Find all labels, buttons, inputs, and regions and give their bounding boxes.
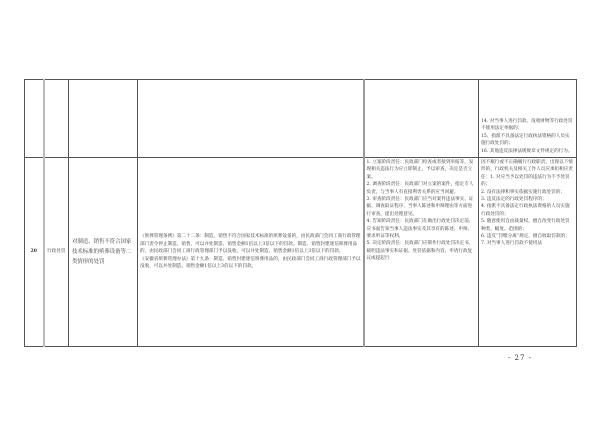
row-item-name: 对制造、销售不符合国家技术标准的殡葬设备等二类情形的处罚 bbox=[69, 158, 138, 347]
page-number: - 27 - bbox=[500, 354, 540, 362]
liability-item: 4. 指派不具备法定行政执法资格的人员实施行政处罚的； bbox=[481, 203, 574, 218]
liability-item: 因不履行或不正确履行行政职责，出现以下情形的，行政机关及相关工作人员应承担相应责… bbox=[481, 159, 574, 189]
row-responsibilities: 1. 立案阶段责任：民政部门检查或者接到举报等，发现相关违法行为应立即制止，予以… bbox=[364, 158, 479, 347]
liability-item: 5. 随意使用自由裁量权，擅自改变行政处罚种类、幅度、范围的； bbox=[481, 218, 574, 233]
table-row-continuation: 14. 对当事人进行罚款、没收财物等行政处罚不使用法定单据的； 15、指派不具备… bbox=[25, 80, 577, 158]
legal-basis-paragraph: 《殡葬管理条例》第二十二条：制造、销售不符合国家技术标准的殡葬设备的，由民政部门… bbox=[140, 233, 361, 255]
liability-line: 15、指派不具备法定行政执法资格的人员实施行政处罚的； bbox=[481, 133, 574, 148]
responsibility-item: 4. 告知阶段责任：民政部门在做出行政处罚决定前，应书面告知当事人违法事实及其享… bbox=[367, 218, 477, 240]
legal-basis-paragraph: 《安徽省殡葬管理办法》第十九条：制造、销售封建迷信殡葬用品的，由民政部门会同工商… bbox=[140, 256, 361, 271]
liability-line: 16. 其他违反法律法规规章文件规定的行为。 bbox=[481, 148, 574, 155]
row-category: 行政处罚 bbox=[44, 158, 69, 347]
responsibility-item: 3. 审查阶段责任：民政部门应当对案件违法事实、证据、调查取证程序、当事人陈述和… bbox=[367, 196, 477, 218]
cell-legal-basis bbox=[138, 80, 364, 158]
liability-line: 14. 对当事人进行罚款、没收财物等行政处罚不使用法定单据的； bbox=[481, 118, 574, 133]
row-legal-basis: 《殡葬管理条例》第二十二条：制造、销售不符合国家技术标准的殡葬设备的，由民政部门… bbox=[138, 158, 364, 347]
liability-item: 3. 违反法定的行政处罚程序的； bbox=[481, 196, 574, 203]
document-page: 14. 对当事人进行罚款、没收财物等行政处罚不使用法定单据的； 15、指派不具备… bbox=[0, 0, 600, 424]
responsibility-item: 5. 决定阶段责任：民政部门应制作行政处罚决定书，载明违法事实和证据、处罚依据和… bbox=[367, 240, 477, 262]
cell-number bbox=[25, 80, 44, 158]
cell-item-name bbox=[69, 80, 138, 158]
liability-item: 7. 对当事人进行罚款不使用法 bbox=[481, 240, 574, 247]
row-number: 20 bbox=[25, 158, 44, 347]
liability-item: 2. 没有法律和事实依据实施行政处罚的； bbox=[481, 189, 574, 196]
cell-category bbox=[44, 80, 69, 158]
row-liability: 因不履行或不正确履行行政职责，出现以下情形的，行政机关及相关工作人员应承担相应责… bbox=[479, 158, 577, 347]
cell-liability: 14. 对当事人进行罚款、没收财物等行政处罚不使用法定单据的； 15、指派不具备… bbox=[479, 80, 577, 158]
responsibility-item: 1. 立案阶段责任：民政部门检查或者接到举报等，发现相关违法行为应立即制止，予以… bbox=[367, 159, 477, 181]
liability-item: 6. 违反“罚缴分离”规定，擅自收取罚款的； bbox=[481, 233, 574, 240]
responsibility-table: 14. 对当事人进行罚款、没收财物等行政处罚不使用法定单据的； 15、指派不具备… bbox=[24, 79, 577, 347]
table-row-20: 20 行政处罚 对制造、销售不符合国家技术标准的殡葬设备等二类情形的处罚 《殡葬… bbox=[25, 158, 577, 347]
responsibility-item: 2. 调查阶段责任：民政部门对立案的案件，指定专人负责，与当事人有直接利害关系的… bbox=[367, 181, 477, 196]
cell-responsibilities bbox=[364, 80, 479, 158]
